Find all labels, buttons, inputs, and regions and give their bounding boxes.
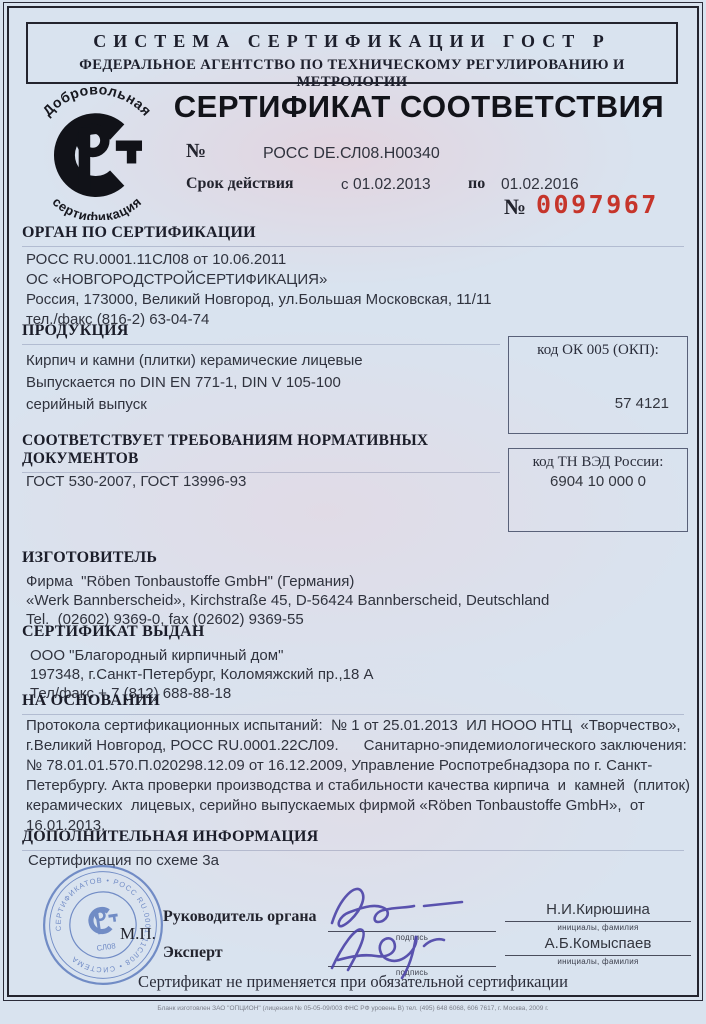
mp-label: М.П. xyxy=(120,924,156,944)
expert-name-sub: инициалы, фамилия xyxy=(505,957,691,966)
conformity-standards: ГОСТ 530-2007, ГОСТ 13996-93 xyxy=(26,473,246,490)
rst-mark xyxy=(64,124,142,193)
issued-to-heading: СЕРТИФИКАТ ВЫДАН xyxy=(22,623,205,645)
head-name-sub: инициалы, фамилия xyxy=(505,923,691,932)
tnved-code-box: код ТН ВЭД России: 6904 10 000 0 xyxy=(508,448,688,532)
org-line: РОСС RU.0001.11СЛ08 от 10.06.2011 xyxy=(26,250,492,270)
expert-signature xyxy=(318,916,518,980)
okp-label: код ОК 005 (ОКП): xyxy=(509,342,687,359)
org-lines: РОСС RU.0001.11СЛ08 от 10.06.2011 ОС «НО… xyxy=(26,250,492,330)
manufacturer-lines: Фирма "Röben Tonbaustoffe GmbH" (Германи… xyxy=(26,572,549,629)
okp-code-box: код ОК 005 (ОКП): 57 4121 xyxy=(508,336,688,434)
product-lines: Кирпич и камни (плитки) керамические лиц… xyxy=(26,350,363,416)
basis-line: № 78.01.01.570.П.020298.12.09 от 16.12.2… xyxy=(26,756,690,776)
okp-value: 57 4121 xyxy=(509,395,687,412)
expert-name: А.Б.Комыспаев xyxy=(508,935,688,952)
basis-paragraph: Протокола сертификационных испытаний: № … xyxy=(26,716,690,836)
issued-to-line: 197348, г.Санкт-Петербург, Коломяжский п… xyxy=(30,665,373,684)
issued-to-line: ООО "Благородный кирпичный дом" xyxy=(30,646,373,665)
validity-to-label: по xyxy=(468,175,485,193)
org-heading: ОРГАН ПО СЕРТИФИКАЦИИ xyxy=(22,224,684,247)
blank-manufacturer-fine-print: Бланк изготовлен ЗАО "ОПЦИОН" (лицензия … xyxy=(0,1005,706,1012)
validity-from-label: с xyxy=(341,176,349,193)
expert-name-line xyxy=(505,955,691,956)
bottom-note: Сертификат не применяется при обязательн… xyxy=(7,972,699,992)
basis-line: керамических лицевых, серийно выпускаемы… xyxy=(26,796,690,816)
cert-no-label: № xyxy=(186,140,206,163)
additional-heading: ДОПОЛНИТЕЛЬНАЯ ИНФОРМАЦИЯ xyxy=(22,828,684,851)
basis-line: Протокола сертификационных испытаний: № … xyxy=(26,716,690,736)
header-box: СИСТЕМА СЕРТИФИКАЦИИ ГОСТ Р ФЕДЕРАЛЬНОЕ … xyxy=(26,22,678,84)
manufacturer-heading: ИЗГОТОВИТЕЛЬ xyxy=(22,549,157,571)
product-heading: ПРОДУКЦИЯ xyxy=(22,322,500,345)
blank-serial-number: 0097967 xyxy=(536,190,659,219)
head-name-line xyxy=(505,921,691,922)
head-of-body-label: Руководитель органа xyxy=(163,908,317,926)
basis-heading: НА ОСНОВАНИИ xyxy=(22,692,684,715)
validity-from-date: 01.02.2013 xyxy=(353,176,431,194)
svg-text:сертификация: сертификация xyxy=(50,194,145,220)
conformity-heading: СООТВЕТСТВУЕТ ТРЕБОВАНИЯМ НОРМАТИВНЫХ ДО… xyxy=(22,432,500,473)
tnved-label: код ТН ВЭД России: xyxy=(509,454,687,471)
product-line: Выпускается по DIN EN 771-1, DIN V 105-1… xyxy=(26,372,363,394)
product-line: Кирпич и камни (плитки) керамические лиц… xyxy=(26,350,363,372)
manufacturer-line: Фирма "Röben Tonbaustoffe GmbH" (Германи… xyxy=(26,572,549,591)
rst-voluntary-certification-logo: Добровольная сертификация xyxy=(30,86,164,220)
org-line: ОС «НОВГОРОДСТРОЙСЕРТИФИКАЦИЯ» xyxy=(26,270,492,290)
system-line: СИСТЕМА СЕРТИФИКАЦИИ ГОСТ Р xyxy=(28,31,676,52)
org-line: Россия, 173000, Великий Новгород, ул.Бол… xyxy=(26,290,492,310)
document-title: СЕРТИФИКАТ СООТВЕТСТВИЯ xyxy=(158,89,680,125)
expert-label: Эксперт xyxy=(163,944,223,962)
basis-line: г.Великий Новгород, РОСС RU.0001.22СЛ09.… xyxy=(26,736,690,756)
validity-label: Срок действия xyxy=(186,175,294,193)
logo-bottom-text: сертификация xyxy=(50,194,145,220)
manufacturer-line: «Werk Bannberscheid», Kirchstraße 45, D-… xyxy=(26,591,549,610)
cert-number: РОСС DE.СЛ08.Н00340 xyxy=(263,145,440,163)
head-name: Н.И.Кирюшина xyxy=(508,901,688,918)
basis-line: Петербургу. Акта проверки производства и… xyxy=(26,776,690,796)
stamp-rst-mark xyxy=(89,907,119,935)
stamp-center-code: СЛ08 xyxy=(96,941,116,953)
tnved-value: 6904 10 000 0 xyxy=(509,473,687,490)
blank-no-label: № xyxy=(504,194,526,220)
product-line: серийный выпуск xyxy=(26,394,363,416)
